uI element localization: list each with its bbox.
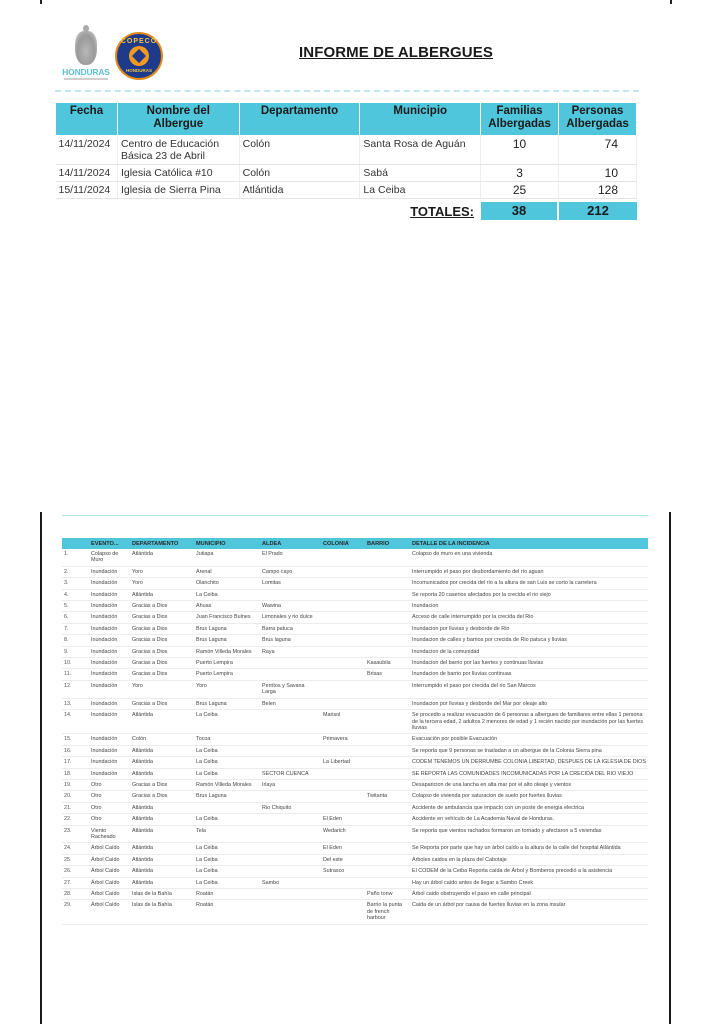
- cell-barrio: [365, 814, 410, 825]
- cell-departamento: Islas de la Bahía: [130, 900, 194, 924]
- cell-colonia: Wedarich: [321, 825, 365, 843]
- cell-evento: Inundación: [89, 680, 130, 698]
- table-row: 18.InundaciónAtlántidaLa CeibaSECTOR CUE…: [62, 768, 648, 779]
- cell-municipio: La Ceiba: [194, 854, 260, 865]
- page-edge-mark-left: [40, 0, 42, 4]
- cell-departamento: Atlántida: [130, 768, 194, 779]
- cell-colonia: El Eden: [321, 814, 365, 825]
- cell-barrio: Twitanta: [365, 791, 410, 802]
- column-header-personas: Personas Albergadas: [559, 103, 637, 136]
- cell-barrio: [365, 612, 410, 623]
- cell-colonia: [321, 877, 365, 888]
- table-row: 11.InundaciónGracias a DiosPuerto Lempir…: [62, 669, 648, 680]
- cell-departamento: Atlántida: [130, 825, 194, 843]
- table-row: 3.InundaciónYoroOlanchitoLomitasIncomuni…: [62, 578, 648, 589]
- column-header-familias: Familias Albergadas: [481, 103, 559, 136]
- cell-municipio: Yoro: [194, 680, 260, 698]
- cell-colonia: [321, 669, 365, 680]
- incidents-table-header: EVENTO... DEPARTAMENTO MUNICIPIO ALDEA C…: [62, 538, 648, 549]
- cell-evento: Inundación: [89, 578, 130, 589]
- cell-municipio: Roatán: [194, 900, 260, 924]
- column-header-colonia: COLONIA: [321, 538, 365, 549]
- cell-barrio: [365, 589, 410, 600]
- cell-detalle: Accidente de ambulancia que impacto con …: [410, 802, 648, 813]
- cell-municipio: Arenal: [194, 566, 260, 577]
- table-row: 9.InundaciónGracias a DiosRamón Villeda …: [62, 646, 648, 657]
- cell-evento: Inundación: [89, 589, 130, 600]
- cell-aldea: Brus laguna: [260, 635, 321, 646]
- cell-colonia: [321, 768, 365, 779]
- cell-aldea: Lomitas: [260, 578, 321, 589]
- cell-municipio: [194, 802, 260, 813]
- total-familias: 38: [481, 202, 557, 220]
- cell-index: 7.: [62, 623, 89, 634]
- cell-aldea: Barra patuca: [260, 623, 321, 634]
- incidents-top-divider: [62, 515, 648, 516]
- cell-aldea: [260, 900, 321, 924]
- cell-municipio: Santa Rosa de Aguán: [360, 136, 481, 165]
- cell-detalle: Se Reporta por parte que hay un árbol ca…: [410, 843, 648, 854]
- cell-detalle: Desaparicion de una lancha en alta mar p…: [410, 779, 648, 790]
- cell-colonia: Del este: [321, 854, 365, 865]
- cell-index: 18.: [62, 768, 89, 779]
- cell-detalle: Accidente en vehículo de La Academia Nav…: [410, 814, 648, 825]
- cell-evento: Árbol Caído: [89, 843, 130, 854]
- shelters-table: Fecha Nombre del Albergue Departamento M…: [55, 102, 637, 199]
- cell-index: 19.: [62, 779, 89, 790]
- cell-detalle: Inundacion de barrio por lluvias continu…: [410, 669, 648, 680]
- cell-municipio: La Ceiba: [194, 710, 260, 734]
- cell-index: 20.: [62, 791, 89, 802]
- cell-evento: Inundación: [89, 566, 130, 577]
- honduras-logo: HONDURAS: [58, 28, 114, 84]
- table-row: 14.InundaciónAtlántidaLa CeibaMarisolSe …: [62, 710, 648, 734]
- cell-municipio: Brus Laguna: [194, 635, 260, 646]
- table-row: 6.InundaciónGracias a DiosJuan Francisco…: [62, 612, 648, 623]
- cell-colonia: [321, 680, 365, 698]
- cell-evento: Inundación: [89, 658, 130, 669]
- cell-departamento: Atlántida: [239, 182, 360, 199]
- cell-colonia: [321, 889, 365, 900]
- cell-detalle: Hay un árbol caído antes de llegar a Sam…: [410, 877, 648, 888]
- cell-departamento: Gracias a Dios: [130, 635, 194, 646]
- cell-municipio: Puerto Lempira: [194, 658, 260, 669]
- cell-index: 21.: [62, 802, 89, 813]
- cell-index: 6.: [62, 612, 89, 623]
- cell-municipio: Olanchito: [194, 578, 260, 589]
- cell-detalle: Se procedio a realizar evacuación de 6 p…: [410, 710, 648, 734]
- cell-departamento: Gracias a Dios: [130, 623, 194, 634]
- cell-colonia: [321, 802, 365, 813]
- cell-departamento: Gracias a Dios: [130, 669, 194, 680]
- cell-barrio: [365, 734, 410, 745]
- column-header-index: [62, 538, 89, 549]
- cell-colonia: [321, 900, 365, 924]
- cell-municipio: Ramón Villeda Morales: [194, 779, 260, 790]
- cell-aldea: Wawina: [260, 601, 321, 612]
- cell-colonia: [321, 589, 365, 600]
- cell-aldea: [260, 791, 321, 802]
- cell-evento: Inundación: [89, 669, 130, 680]
- cell-departamento: Gracias a Dios: [130, 698, 194, 709]
- cell-detalle: Acceso de calle interrumpido por la crec…: [410, 612, 648, 623]
- cell-detalle: Se reporta 20 caserios afectados por la …: [410, 589, 648, 600]
- cell-barrio: [365, 768, 410, 779]
- cell-municipio: La Ceiba: [194, 814, 260, 825]
- report-title: INFORME DE ALBERGUES: [299, 44, 493, 61]
- cell-familias: 25: [481, 182, 559, 199]
- cell-departamento: Atlántida: [130, 757, 194, 768]
- cell-nombre: Iglesia de Sierra Pina: [117, 182, 239, 199]
- cell-departamento: Atlántida: [130, 843, 194, 854]
- cell-evento: Inundación: [89, 734, 130, 745]
- cell-evento: Árbol Caído: [89, 900, 130, 924]
- cell-municipio: Puerto Lempira: [194, 669, 260, 680]
- cell-municipio: La Ceiba: [194, 768, 260, 779]
- cell-detalle: Colapso de muro en una vivienda: [410, 549, 648, 566]
- incidents-table: EVENTO... DEPARTAMENTO MUNICIPIO ALDEA C…: [62, 538, 648, 925]
- table-row: 13.InundaciónGracias a DiosBrus LagunaBe…: [62, 698, 648, 709]
- cell-barrio: [365, 601, 410, 612]
- cell-detalle: Inundacion del barrio por las fuertes y …: [410, 658, 648, 669]
- cell-barrio: Kasaubila: [365, 658, 410, 669]
- cell-colonia: [321, 623, 365, 634]
- cell-departamento: Atlántida: [130, 814, 194, 825]
- cell-departamento: Gracias a Dios: [130, 646, 194, 657]
- cell-barrio: [365, 757, 410, 768]
- cell-aldea: [260, 734, 321, 745]
- copeco-diamond-icon: [129, 46, 149, 66]
- table-row: 26.Árbol CaídoAtlántidaLa CeibaSutrascoE…: [62, 866, 648, 877]
- cell-index: 5.: [62, 601, 89, 612]
- cell-aldea: [260, 825, 321, 843]
- cell-aldea: [260, 854, 321, 865]
- cell-detalle: Inundacion de la comunidad: [410, 646, 648, 657]
- cell-municipio: Brus Laguna: [194, 698, 260, 709]
- cell-index: 24.: [62, 843, 89, 854]
- table-row: 14/11/2024Iglesia Católica #10ColónSabá3…: [56, 165, 637, 182]
- cell-evento: Inundación: [89, 635, 130, 646]
- cell-index: 25.: [62, 854, 89, 865]
- cell-barrio: [365, 635, 410, 646]
- cell-aldea: El Prado: [260, 549, 321, 566]
- cell-detalle: CODEM TENEMOS UN DERRUMBE COLONIA LIBERT…: [410, 757, 648, 768]
- cell-colonia: [321, 566, 365, 577]
- cell-colonia: [321, 698, 365, 709]
- totals-row: TOTALES: 38 212: [55, 202, 637, 220]
- cell-colonia: [321, 745, 365, 756]
- cell-barrio: [365, 680, 410, 698]
- cell-index: 15.: [62, 734, 89, 745]
- cell-aldea: [260, 843, 321, 854]
- cell-index: 3.: [62, 578, 89, 589]
- cell-index: 4.: [62, 589, 89, 600]
- cell-barrio: [365, 825, 410, 843]
- cell-colonia: [321, 779, 365, 790]
- copeco-logo-subtext: HONDURAS: [117, 68, 161, 73]
- table-row: 8.InundaciónGracias a DiosBrus LagunaBru…: [62, 635, 648, 646]
- cell-aldea: Campo cayo: [260, 566, 321, 577]
- cell-aldea: SECTOR CUENCA: [260, 768, 321, 779]
- cell-evento: Árbol Caído: [89, 854, 130, 865]
- table-row: 1.Colapso de MuroAtlántidaJutiapaEl Prad…: [62, 549, 648, 566]
- cell-municipio: Ramón Villeda Morales: [194, 646, 260, 657]
- cell-municipio: Roatán: [194, 889, 260, 900]
- cell-detalle: Se reporta que vientos rachados formaron…: [410, 825, 648, 843]
- cell-aldea: [260, 710, 321, 734]
- cell-barrio: Barrio la punta de french harbour: [365, 900, 410, 924]
- total-personas: 212: [559, 202, 637, 220]
- page-frame-right: [669, 512, 671, 1024]
- table-row: 22.OtroAtlántidaLa CeibaEl EdenAccidente…: [62, 814, 648, 825]
- cell-detalle: Inundacion por lluvias y desborde de Rio: [410, 623, 648, 634]
- cell-evento: Árbol Caído: [89, 877, 130, 888]
- cell-index: 29.: [62, 900, 89, 924]
- table-row: 15.InundaciónColónTocoaPrimaveraEvacuaci…: [62, 734, 648, 745]
- cell-index: 11.: [62, 669, 89, 680]
- cell-municipio: La Ceiba: [194, 866, 260, 877]
- copeco-logo: COPECO HONDURAS: [115, 32, 163, 80]
- cell-colonia: Marisol: [321, 710, 365, 734]
- cell-municipio: La Ceiba: [360, 182, 481, 199]
- cell-departamento: Colón: [239, 136, 360, 165]
- cell-evento: Árbol Caído: [89, 866, 130, 877]
- table-row: 23.Viento RacheadoAtlántidaTelaWedarichS…: [62, 825, 648, 843]
- cell-departamento: Colón: [239, 165, 360, 182]
- cell-evento: Otro: [89, 791, 130, 802]
- cell-colonia: [321, 612, 365, 623]
- cell-departamento: Atlántida: [130, 589, 194, 600]
- cell-departamento: Atlántida: [130, 877, 194, 888]
- cell-municipio: Ahuas: [194, 601, 260, 612]
- cell-departamento: Atlántida: [130, 866, 194, 877]
- cell-detalle: Interrumpido el paso por desbordamiento …: [410, 566, 648, 577]
- cell-evento: Árbol Caído: [89, 889, 130, 900]
- cell-aldea: Perritos y Savana Larga: [260, 680, 321, 698]
- column-header-detalle: DETALLE DE LA INCIDENCIA: [410, 538, 648, 549]
- cell-detalle: Caida de un árbol por causa de fuertes l…: [410, 900, 648, 924]
- incidents-report-page: EVENTO... DEPARTAMENTO MUNICIPIO ALDEA C…: [62, 515, 648, 925]
- honduras-logo-text: HONDURAS: [58, 67, 114, 77]
- cell-colonia: [321, 635, 365, 646]
- cell-index: 28.: [62, 889, 89, 900]
- cell-barrio: [365, 566, 410, 577]
- cell-departamento: Atlántida: [130, 854, 194, 865]
- cell-municipio: La Ceiba: [194, 589, 260, 600]
- cell-barrio: [365, 866, 410, 877]
- cell-barrio: [365, 802, 410, 813]
- cell-departamento: Gracias a Dios: [130, 779, 194, 790]
- cell-aldea: [260, 889, 321, 900]
- cell-barrio: [365, 698, 410, 709]
- cell-colonia: Sutrasco: [321, 866, 365, 877]
- cell-detalle: Inundacion: [410, 601, 648, 612]
- cell-detalle: Colapso de vivienda por saturacion de su…: [410, 791, 648, 802]
- cell-barrio: Paño tonw: [365, 889, 410, 900]
- cell-departamento: Gracias a Dios: [130, 601, 194, 612]
- cell-colonia: [321, 658, 365, 669]
- cell-aldea: Sambo: [260, 877, 321, 888]
- cell-personas: 74: [559, 136, 637, 165]
- cell-index: 22.: [62, 814, 89, 825]
- cell-evento: Viento Racheado: [89, 825, 130, 843]
- cell-evento: Inundación: [89, 698, 130, 709]
- cell-municipio: Sabá: [360, 165, 481, 182]
- cell-barrio: [365, 854, 410, 865]
- cell-municipio: La Ceiba: [194, 843, 260, 854]
- cell-barrio: [365, 779, 410, 790]
- cell-aldea: [260, 757, 321, 768]
- copeco-logo-text: COPECO: [117, 38, 161, 45]
- cell-barrio: [365, 549, 410, 566]
- cell-barrio: [365, 843, 410, 854]
- cell-barrio: [365, 646, 410, 657]
- header-divider: [55, 90, 639, 92]
- column-header-departamento: Departamento: [239, 103, 360, 136]
- cell-index: 27.: [62, 877, 89, 888]
- report-header: HONDURAS COPECO HONDURAS INFORME DE ALBE…: [55, 28, 645, 88]
- cell-nombre: Centro de Educación Básica 23 de Abril: [117, 136, 239, 165]
- cell-aldea: Belen: [260, 698, 321, 709]
- cell-aldea: Irlaya: [260, 779, 321, 790]
- cell-evento: Inundación: [89, 745, 130, 756]
- cell-departamento: Islas de la Bahía: [130, 889, 194, 900]
- cell-departamento: Yoro: [130, 578, 194, 589]
- cell-departamento: Gracias a Dios: [130, 612, 194, 623]
- table-row: 19.OtroGracias a DiosRamón Villeda Moral…: [62, 779, 648, 790]
- cell-departamento: Yoro: [130, 566, 194, 577]
- cell-colonia: [321, 646, 365, 657]
- cell-fecha: 15/11/2024: [56, 182, 118, 199]
- table-row: 2.InundaciónYoroArenalCampo cayoInterrum…: [62, 566, 648, 577]
- cell-detalle: Inundacion de calles y barrios por creci…: [410, 635, 648, 646]
- cell-municipio: Brus Laguna: [194, 791, 260, 802]
- cell-municipio: La Ceiba: [194, 745, 260, 756]
- cell-index: 10.: [62, 658, 89, 669]
- cell-aldea: [260, 866, 321, 877]
- cell-aldea: [260, 589, 321, 600]
- totals-label: TOTALES:: [410, 204, 474, 219]
- table-row: 20.OtroGracias a DiosBrus LagunaTwitanta…: [62, 791, 648, 802]
- table-row: 7.InundaciónGracias a DiosBrus LagunaBar…: [62, 623, 648, 634]
- cell-index: 2.: [62, 566, 89, 577]
- cell-colonia: El Eden: [321, 843, 365, 854]
- cell-colonia: [321, 549, 365, 566]
- cell-index: 14.: [62, 710, 89, 734]
- table-row: 15/11/2024Iglesia de Sierra PinaAtlántid…: [56, 182, 637, 199]
- shelters-report-page: HONDURAS COPECO HONDURAS INFORME DE ALBE…: [55, 28, 645, 220]
- cell-evento: Inundación: [89, 757, 130, 768]
- shelters-table-header: Fecha Nombre del Albergue Departamento M…: [56, 103, 637, 136]
- column-header-barrio: BARRIO: [365, 538, 410, 549]
- cell-barrio: Brisas: [365, 669, 410, 680]
- cell-index: 13.: [62, 698, 89, 709]
- table-row: 16.InundaciónAtlántidaLa CeibaSe reporta…: [62, 745, 648, 756]
- cell-index: 12.: [62, 680, 89, 698]
- cell-detalle: Árbol caido obstruyendo el paso en calle…: [410, 889, 648, 900]
- table-row: 24.Árbol CaídoAtlántidaLa CeibaEl EdenSe…: [62, 843, 648, 854]
- column-header-municipio: MUNICIPIO: [194, 538, 260, 549]
- cell-index: 23.: [62, 825, 89, 843]
- page-edge-mark-right: [670, 0, 672, 4]
- cell-departamento: Atlántida: [130, 549, 194, 566]
- table-row: 14/11/2024Centro de Educación Básica 23 …: [56, 136, 637, 165]
- table-row: 5.InundaciónGracias a DiosAhuasWawinaInu…: [62, 601, 648, 612]
- cell-detalle: Arboles caidos en la plaza del Cabotaje: [410, 854, 648, 865]
- column-header-nombre: Nombre del Albergue: [117, 103, 239, 136]
- cell-index: 1.: [62, 549, 89, 566]
- cell-evento: Inundación: [89, 601, 130, 612]
- cell-personas: 10: [559, 165, 637, 182]
- cell-aldea: Rio Chiquito: [260, 802, 321, 813]
- cell-evento: Otro: [89, 814, 130, 825]
- cell-aldea: Raya: [260, 646, 321, 657]
- cell-departamento: Atlántida: [130, 802, 194, 813]
- cell-personas: 128: [559, 182, 637, 199]
- cell-aldea: [260, 669, 321, 680]
- cell-index: 9.: [62, 646, 89, 657]
- table-row: 29.Árbol CaídoIslas de la BahíaRoatánBar…: [62, 900, 648, 924]
- cell-detalle: Evacuación por posible Evacuación: [410, 734, 648, 745]
- cell-barrio: [365, 877, 410, 888]
- cell-departamento: Yoro: [130, 680, 194, 698]
- column-header-evento: EVENTO...: [89, 538, 130, 549]
- cell-detalle: El CODEM de la Ceiba Reporta caída de Ár…: [410, 866, 648, 877]
- cell-barrio: [365, 578, 410, 589]
- table-row: 12.InundaciónYoroYoroPerritos y Savana L…: [62, 680, 648, 698]
- cell-evento: Colapso de Muro: [89, 549, 130, 566]
- honduras-logo-subtitle: [64, 78, 108, 80]
- cell-detalle: Inundacion por lluvias y desborde del Ma…: [410, 698, 648, 709]
- cell-nombre: Iglesia Católica #10: [117, 165, 239, 182]
- table-row: 25.Árbol CaídoAtlántidaLa CeibaDel esteA…: [62, 854, 648, 865]
- cell-evento: Inundación: [89, 646, 130, 657]
- cell-colonia: [321, 578, 365, 589]
- cell-municipio: Tocoa: [194, 734, 260, 745]
- column-header-departamento: DEPARTAMENTO: [130, 538, 194, 549]
- cell-familias: 10: [481, 136, 559, 165]
- cell-colonia: La Libertad: [321, 757, 365, 768]
- cell-index: 16.: [62, 745, 89, 756]
- cell-barrio: [365, 745, 410, 756]
- cell-fecha: 14/11/2024: [56, 165, 118, 182]
- cell-departamento: Colón: [130, 734, 194, 745]
- cell-municipio: La Ceiba: [194, 877, 260, 888]
- column-header-municipio: Municipio: [360, 103, 481, 136]
- cell-barrio: [365, 710, 410, 734]
- cell-municipio: Tela: [194, 825, 260, 843]
- cell-evento: Otro: [89, 802, 130, 813]
- cell-colonia: [321, 601, 365, 612]
- cell-municipio: La Ceiba: [194, 757, 260, 768]
- table-row: 10.InundaciónGracias a DiosPuerto Lempir…: [62, 658, 648, 669]
- cell-detalle: Incomunicados por crecida del río a la a…: [410, 578, 648, 589]
- cell-evento: Inundación: [89, 710, 130, 734]
- cell-municipio: Brus Laguna: [194, 623, 260, 634]
- column-header-fecha: Fecha: [56, 103, 118, 136]
- table-row: 17.InundaciónAtlántidaLa CeibaLa Liberta…: [62, 757, 648, 768]
- table-row: 28.Árbol CaídoIslas de la BahíaRoatánPañ…: [62, 889, 648, 900]
- cell-departamento: Gracias a Dios: [130, 791, 194, 802]
- table-row: 21.OtroAtlántidaRio ChiquitoAccidente de…: [62, 802, 648, 813]
- cell-evento: Inundación: [89, 623, 130, 634]
- cell-evento: Inundación: [89, 612, 130, 623]
- cell-evento: Inundación: [89, 768, 130, 779]
- cell-evento: Otro: [89, 779, 130, 790]
- cell-aldea: [260, 658, 321, 669]
- honduras-emblem-icon: [75, 31, 97, 65]
- cell-index: 17.: [62, 757, 89, 768]
